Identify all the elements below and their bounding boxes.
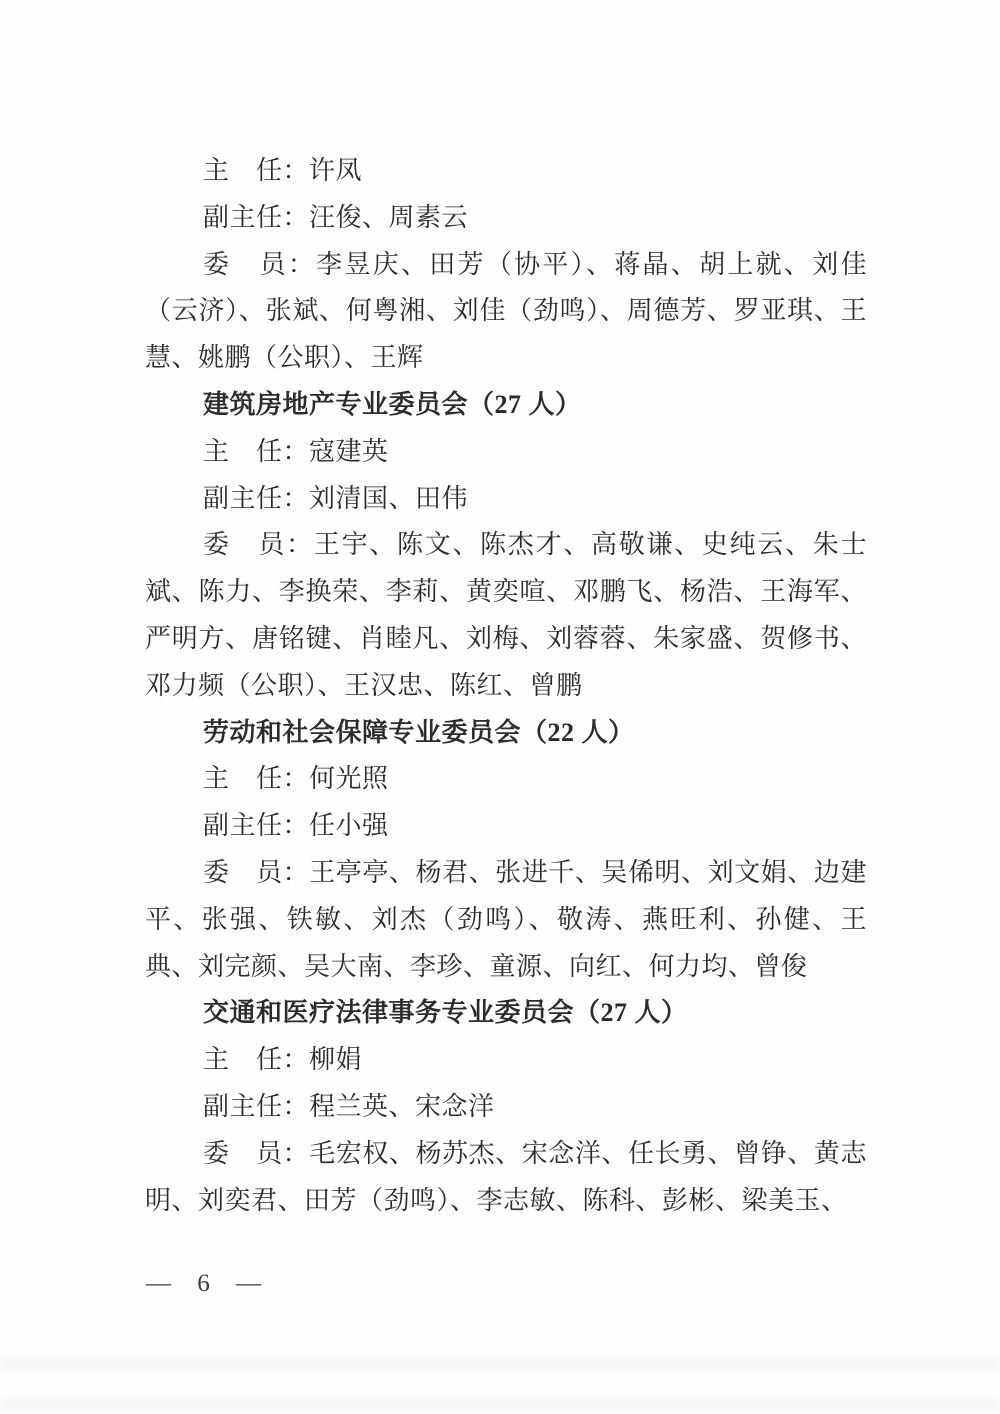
role-names: 刘清国、田伟 bbox=[309, 484, 468, 513]
committee-section: 主 任：许凤副主任：汪俊、周素云委 员：李昱庆、田芳（协平）、蒋晶、胡上就、刘佳… bbox=[145, 148, 867, 382]
role-names: 何光照 bbox=[309, 764, 389, 793]
role-names: 程兰英、宋念洋 bbox=[309, 1092, 495, 1121]
role-label: 主 任： bbox=[203, 156, 309, 185]
committee-heading: 交通和医疗法律事务专业委员会（27 人） bbox=[145, 990, 867, 1037]
role-label: 副主任： bbox=[203, 1092, 309, 1121]
role-names: 许凤 bbox=[309, 156, 362, 185]
document-page: 主 任：许凤副主任：汪俊、周素云委 员：李昱庆、田芳（协平）、蒋晶、胡上就、刘佳… bbox=[0, 0, 1000, 1414]
role-label: 副主任： bbox=[203, 203, 309, 232]
role-label: 委 员： bbox=[203, 250, 316, 279]
committee-heading: 劳动和社会保障专业委员会（22 人） bbox=[145, 710, 867, 757]
role-label: 主 任： bbox=[203, 764, 309, 793]
role-names: 柳娟 bbox=[309, 1045, 362, 1074]
role-paragraph: 委 员：王宇、陈文、陈杰才、高敬谦、史纯云、朱士斌、陈力、李换荣、李莉、黄奕喧、… bbox=[145, 522, 867, 709]
role-paragraph: 主 任：柳娟 bbox=[145, 1037, 867, 1084]
page-number: — 6 — bbox=[146, 1270, 271, 1297]
role-label: 委 员： bbox=[203, 530, 314, 559]
document-content: 主 任：许凤副主任：汪俊、周素云委 员：李昱庆、田芳（协平）、蒋晶、胡上就、刘佳… bbox=[145, 148, 867, 1224]
committee-heading: 建筑房地产专业委员会（27 人） bbox=[145, 382, 867, 429]
role-names: 汪俊、周素云 bbox=[309, 203, 468, 232]
role-paragraph: 副主任：汪俊、周素云 bbox=[145, 195, 867, 242]
committee-section: 劳动和社会保障专业委员会（22 人）主 任：何光照副主任：任小强委 员：王亭亭、… bbox=[145, 710, 867, 991]
role-label: 主 任： bbox=[203, 1045, 309, 1074]
role-label: 主 任： bbox=[203, 437, 309, 466]
role-label: 副主任： bbox=[203, 811, 309, 840]
role-names: 寇建英 bbox=[309, 437, 389, 466]
role-paragraph: 主 任：许凤 bbox=[145, 148, 867, 195]
role-paragraph: 委 员：毛宏权、杨苏杰、宋念洋、任长勇、曾铮、黄志明、刘奕君、田芳（劲鸣）、李志… bbox=[145, 1131, 867, 1225]
role-label: 副主任： bbox=[203, 484, 309, 513]
role-paragraph: 委 员：李昱庆、田芳（协平）、蒋晶、胡上就、刘佳（云济）、张斌、何粤湘、刘佳（劲… bbox=[145, 242, 867, 382]
page-footer: — 6 — bbox=[146, 1268, 271, 1300]
role-paragraph: 主 任：何光照 bbox=[145, 756, 867, 803]
role-label: 委 员： bbox=[203, 1139, 309, 1168]
role-paragraph: 副主任：刘清国、田伟 bbox=[145, 476, 867, 523]
role-paragraph: 委 员：王亭亭、杨君、张进千、吴俙明、刘文娟、边建平、张强、铁敏、刘杰（劲鸣）、… bbox=[145, 850, 867, 990]
role-paragraph: 副主任：程兰英、宋念洋 bbox=[145, 1084, 867, 1131]
role-paragraph: 主 任：寇建英 bbox=[145, 429, 867, 476]
committee-section: 交通和医疗法律事务专业委员会（27 人）主 任：柳娟副主任：程兰英、宋念洋委 员… bbox=[145, 990, 867, 1224]
committee-section: 建筑房地产专业委员会（27 人）主 任：寇建英副主任：刘清国、田伟委 员：王宇、… bbox=[145, 382, 867, 710]
role-paragraph: 副主任：任小强 bbox=[145, 803, 867, 850]
scan-noise-band bbox=[0, 1358, 1000, 1372]
scan-noise-band bbox=[0, 1400, 1000, 1410]
role-names: 任小强 bbox=[309, 811, 389, 840]
role-label: 委 员： bbox=[203, 858, 309, 887]
